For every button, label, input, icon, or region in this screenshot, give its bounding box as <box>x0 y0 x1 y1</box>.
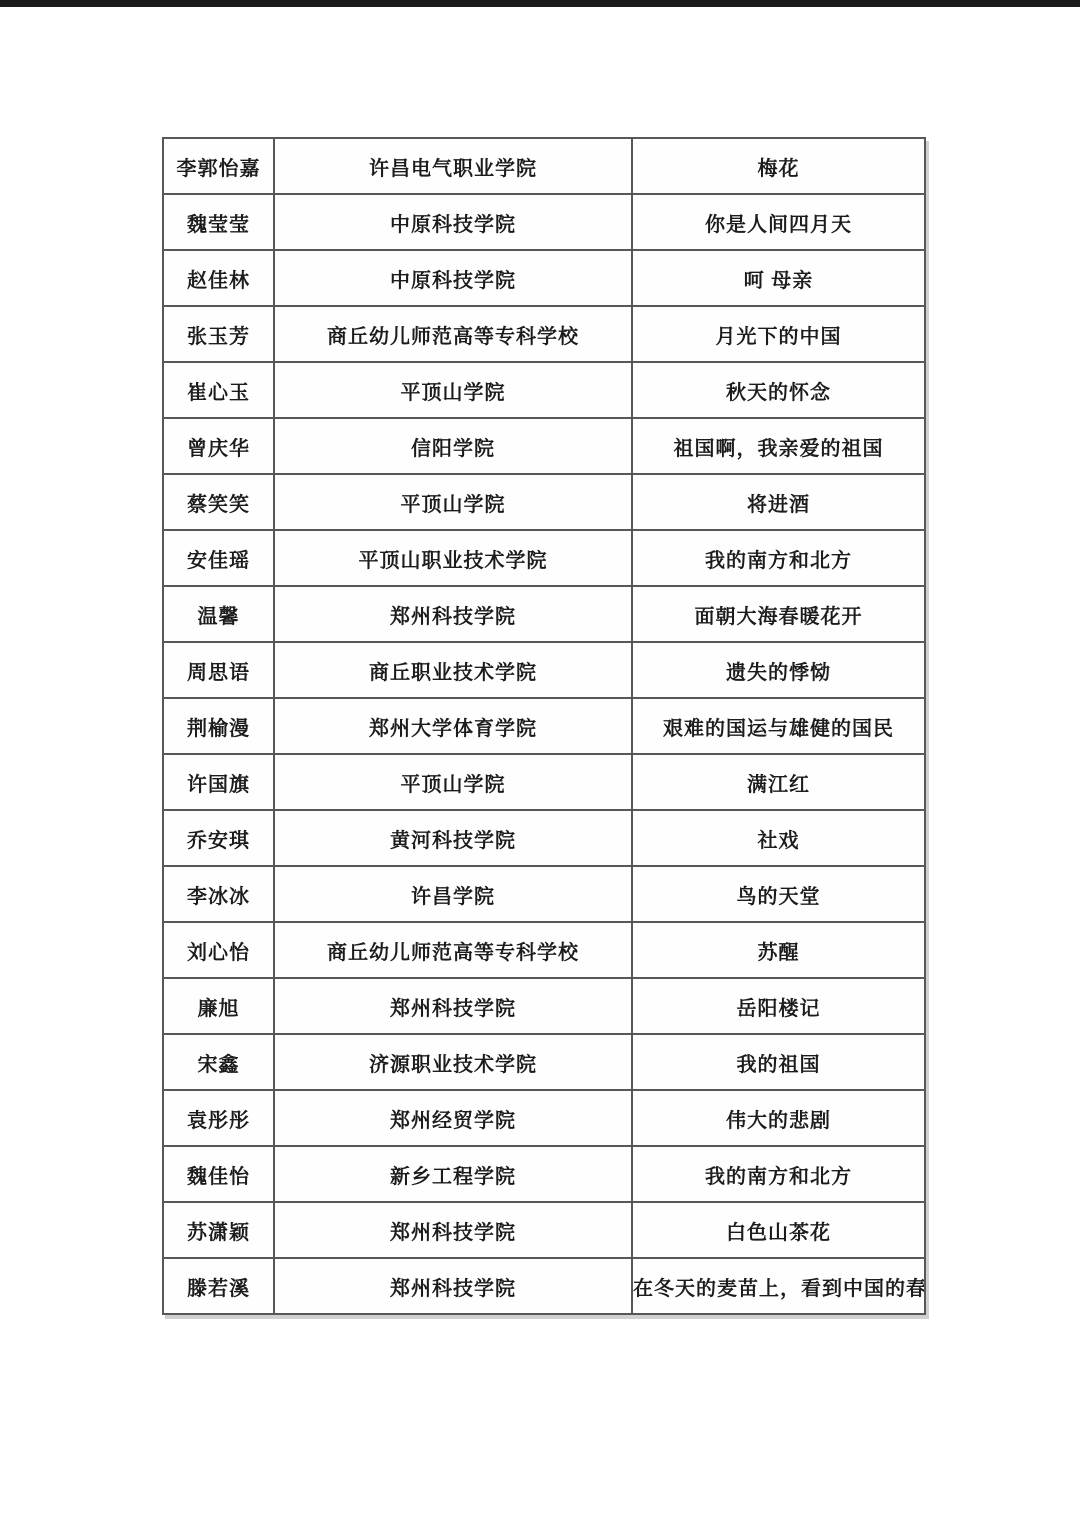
cell-name: 赵佳林 <box>163 250 274 306</box>
table-row: 李冰冰许昌学院鸟的天堂 <box>163 866 925 922</box>
table-row: 苏潇颖郑州科技学院白色山茶花 <box>163 1202 925 1258</box>
cell-name: 廉旭 <box>163 978 274 1034</box>
screen-top-bar <box>0 0 1080 7</box>
cell-school: 郑州经贸学院 <box>274 1090 632 1146</box>
cell-name: 魏莹莹 <box>163 194 274 250</box>
cell-school: 郑州大学体育学院 <box>274 698 632 754</box>
cell-school: 商丘幼儿师范高等专科学校 <box>274 922 632 978</box>
table-row: 张玉芳商丘幼儿师范高等专科学校月光下的中国 <box>163 306 925 362</box>
cell-name: 张玉芳 <box>163 306 274 362</box>
cell-school: 黄河科技学院 <box>274 810 632 866</box>
cell-name: 许国旗 <box>163 754 274 810</box>
cell-title: 伟大的悲剧 <box>632 1090 925 1146</box>
cell-title: 呵 母亲 <box>632 250 925 306</box>
cell-school: 平顶山学院 <box>274 754 632 810</box>
table-row: 赵佳林中原科技学院呵 母亲 <box>163 250 925 306</box>
table-row: 乔安琪黄河科技学院社戏 <box>163 810 925 866</box>
cell-name: 曾庆华 <box>163 418 274 474</box>
cell-title: 你是人间四月天 <box>632 194 925 250</box>
cell-name: 魏佳怡 <box>163 1146 274 1202</box>
cell-school: 中原科技学院 <box>274 194 632 250</box>
table-row: 许国旗平顶山学院满江红 <box>163 754 925 810</box>
cell-title: 月光下的中国 <box>632 306 925 362</box>
recitation-roster-table: 李郭怡嘉许昌电气职业学院梅花魏莹莹中原科技学院你是人间四月天赵佳林中原科技学院呵… <box>162 137 926 1315</box>
cell-name: 荆榆漫 <box>163 698 274 754</box>
cell-title: 我的祖国 <box>632 1034 925 1090</box>
cell-title: 苏醒 <box>632 922 925 978</box>
cell-school: 信阳学院 <box>274 418 632 474</box>
cell-name: 崔心玉 <box>163 362 274 418</box>
table-row: 周思语商丘职业技术学院遗失的悸恸 <box>163 642 925 698</box>
cell-title: 鸟的天堂 <box>632 866 925 922</box>
cell-title: 白色山茶花 <box>632 1202 925 1258</box>
cell-school: 平顶山职业技术学院 <box>274 530 632 586</box>
table-row: 荆榆漫郑州大学体育学院艰难的国运与雄健的国民 <box>163 698 925 754</box>
cell-title: 秋天的怀念 <box>632 362 925 418</box>
cell-name: 李郭怡嘉 <box>163 138 274 194</box>
cell-school: 郑州科技学院 <box>274 1258 632 1314</box>
cell-school: 许昌电气职业学院 <box>274 138 632 194</box>
roster-table-body: 李郭怡嘉许昌电气职业学院梅花魏莹莹中原科技学院你是人间四月天赵佳林中原科技学院呵… <box>163 138 925 1314</box>
cell-school: 济源职业技术学院 <box>274 1034 632 1090</box>
cell-name: 周思语 <box>163 642 274 698</box>
table-row: 滕若溪郑州科技学院在冬天的麦苗上，看到中国的春天 <box>163 1258 925 1314</box>
cell-school: 许昌学院 <box>274 866 632 922</box>
table-row: 蔡笑笑平顶山学院将进酒 <box>163 474 925 530</box>
table-row: 廉旭郑州科技学院岳阳楼记 <box>163 978 925 1034</box>
cell-school: 新乡工程学院 <box>274 1146 632 1202</box>
cell-school: 平顶山学院 <box>274 362 632 418</box>
cell-school: 郑州科技学院 <box>274 586 632 642</box>
cell-name: 刘心怡 <box>163 922 274 978</box>
cell-title: 祖国啊，我亲爱的祖国 <box>632 418 925 474</box>
table-row: 温馨郑州科技学院面朝大海春暖花开 <box>163 586 925 642</box>
cell-title: 艰难的国运与雄健的国民 <box>632 698 925 754</box>
cell-school: 平顶山学院 <box>274 474 632 530</box>
cell-name: 宋鑫 <box>163 1034 274 1090</box>
table-row: 安佳瑶平顶山职业技术学院我的南方和北方 <box>163 530 925 586</box>
cell-name: 滕若溪 <box>163 1258 274 1314</box>
cell-name: 袁彤彤 <box>163 1090 274 1146</box>
cell-school: 商丘职业技术学院 <box>274 642 632 698</box>
cell-title: 将进酒 <box>632 474 925 530</box>
cell-name: 苏潇颖 <box>163 1202 274 1258</box>
cell-name: 蔡笑笑 <box>163 474 274 530</box>
cell-name: 温馨 <box>163 586 274 642</box>
table-row: 崔心玉平顶山学院秋天的怀念 <box>163 362 925 418</box>
cell-title: 面朝大海春暖花开 <box>632 586 925 642</box>
cell-title: 在冬天的麦苗上，看到中国的春天 <box>632 1258 925 1314</box>
cell-school: 郑州科技学院 <box>274 1202 632 1258</box>
table-row: 李郭怡嘉许昌电气职业学院梅花 <box>163 138 925 194</box>
cell-school: 郑州科技学院 <box>274 978 632 1034</box>
cell-title: 社戏 <box>632 810 925 866</box>
table-row: 袁彤彤郑州经贸学院伟大的悲剧 <box>163 1090 925 1146</box>
cell-title: 遗失的悸恸 <box>632 642 925 698</box>
cell-title: 梅花 <box>632 138 925 194</box>
cell-title: 岳阳楼记 <box>632 978 925 1034</box>
cell-title: 满江红 <box>632 754 925 810</box>
table-row: 魏佳怡新乡工程学院我的南方和北方 <box>163 1146 925 1202</box>
cell-school: 中原科技学院 <box>274 250 632 306</box>
cell-title: 我的南方和北方 <box>632 530 925 586</box>
table-row: 宋鑫济源职业技术学院我的祖国 <box>163 1034 925 1090</box>
table-row: 刘心怡商丘幼儿师范高等专科学校苏醒 <box>163 922 925 978</box>
cell-name: 李冰冰 <box>163 866 274 922</box>
cell-name: 乔安琪 <box>163 810 274 866</box>
cell-school: 商丘幼儿师范高等专科学校 <box>274 306 632 362</box>
cell-title: 我的南方和北方 <box>632 1146 925 1202</box>
cell-name: 安佳瑶 <box>163 530 274 586</box>
table-row: 魏莹莹中原科技学院你是人间四月天 <box>163 194 925 250</box>
table-row: 曾庆华信阳学院祖国啊，我亲爱的祖国 <box>163 418 925 474</box>
